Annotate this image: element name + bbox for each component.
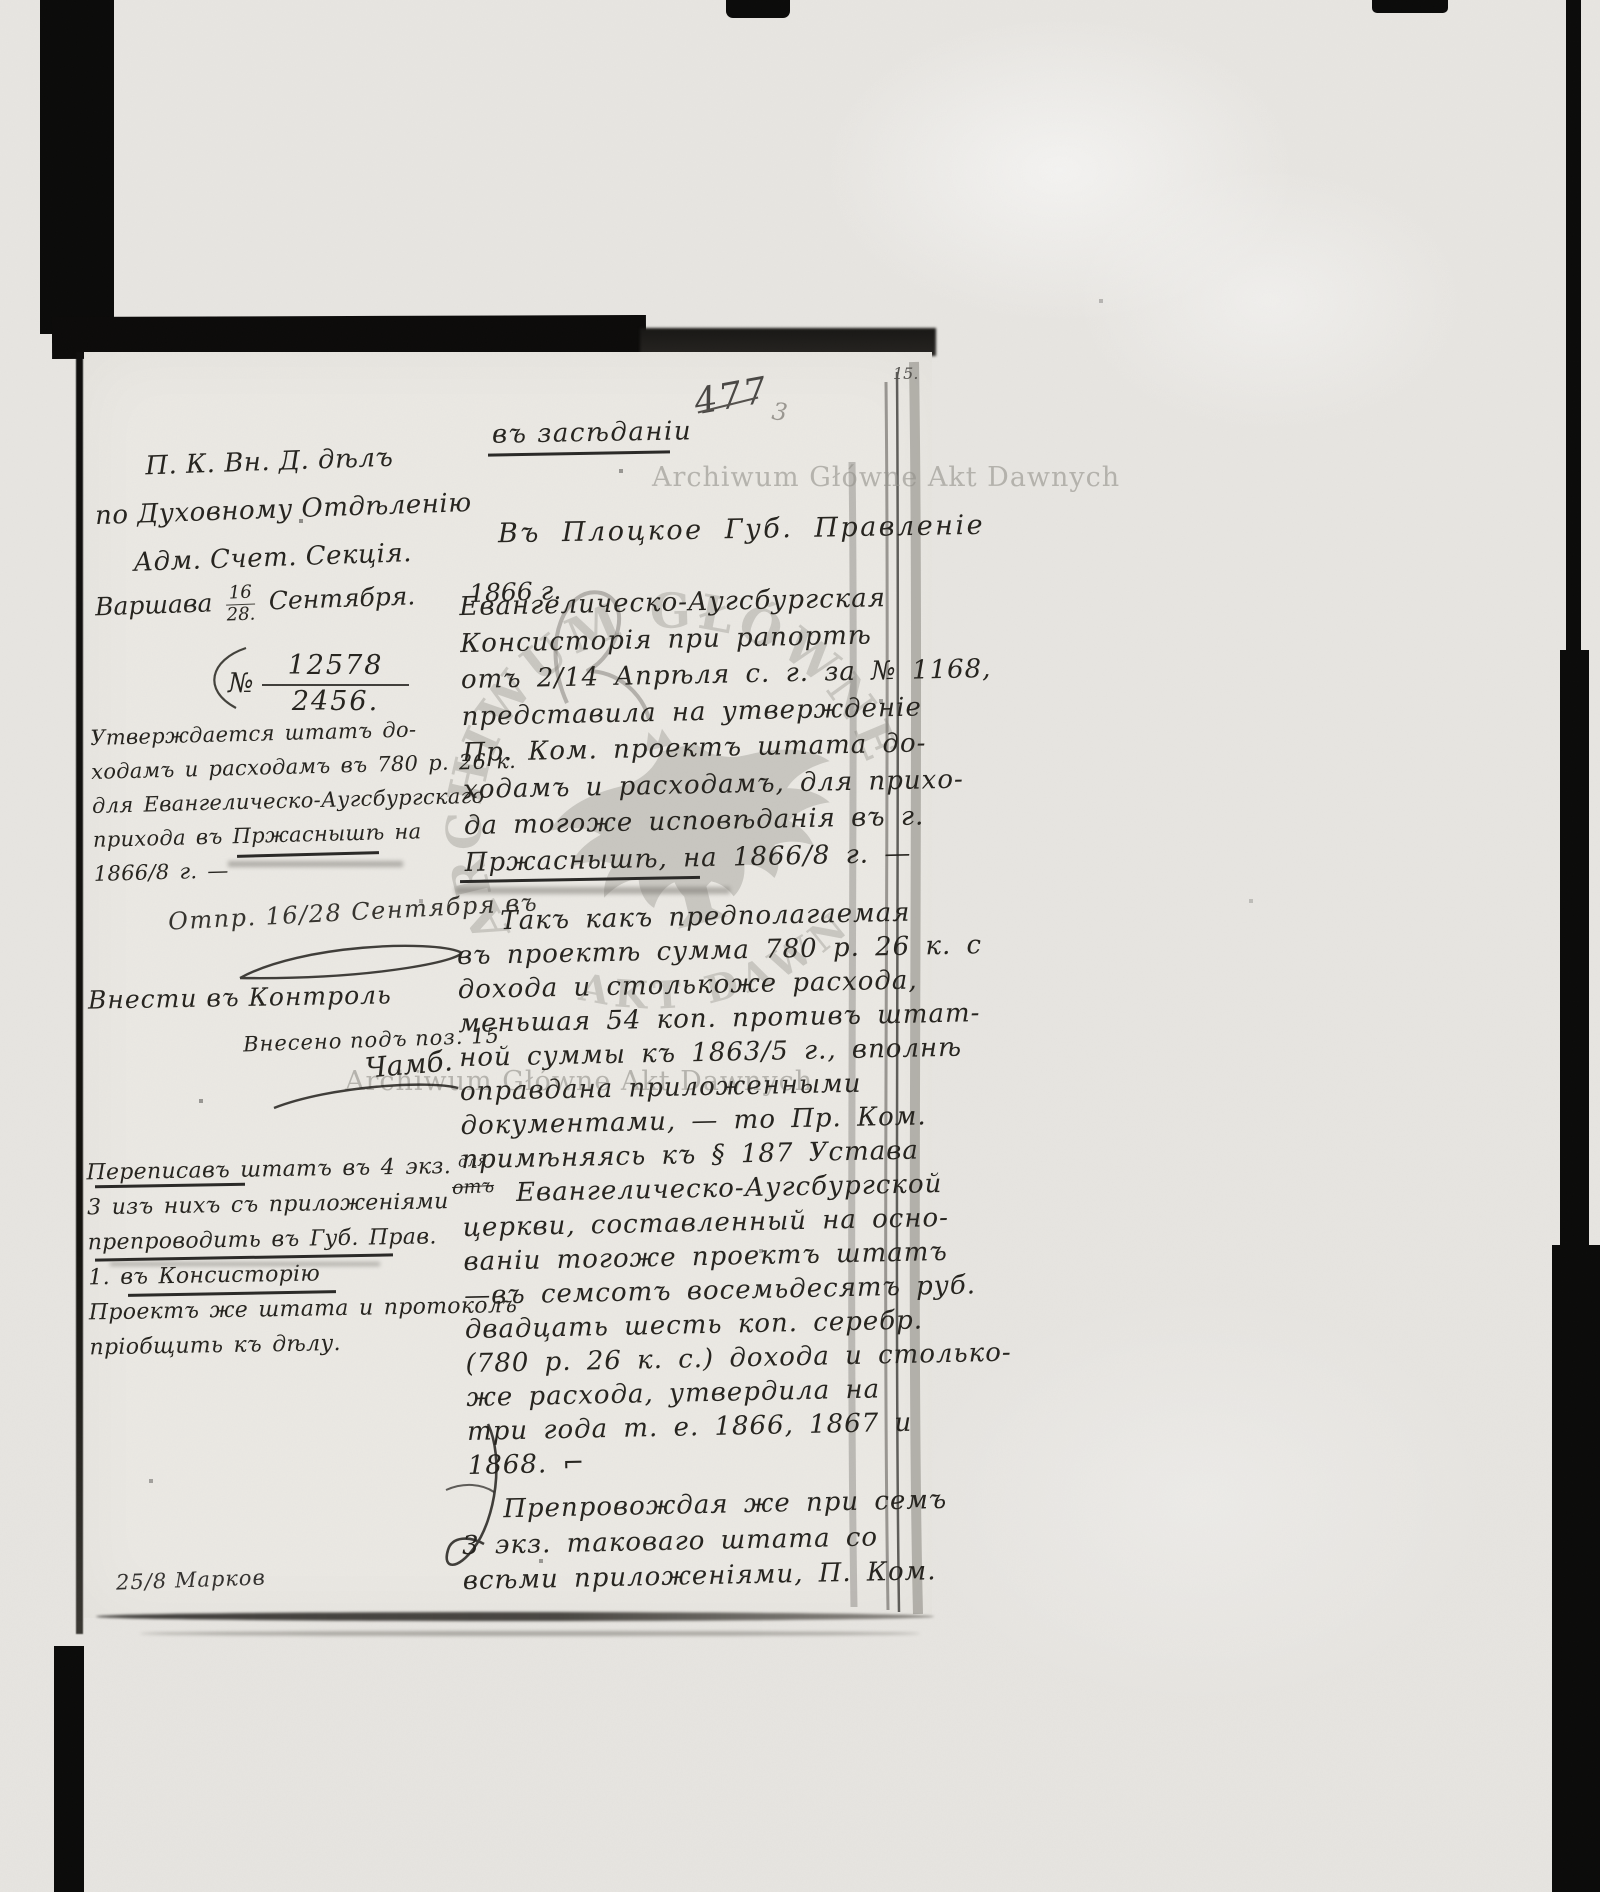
ink-specks — [0, 0, 2, 2]
instruction-line: препроводить въ Губ. Прав. — [87, 1219, 480, 1261]
number-sign: № — [228, 668, 254, 699]
underline-smudge-left — [228, 861, 403, 867]
film-edge-bar-right-middle — [1560, 650, 1589, 1250]
dateline-day-old: 28. — [226, 603, 255, 625]
film-edge-bar-right-upper — [1566, 0, 1581, 650]
dateline-day-fraction: 16 28. — [226, 583, 256, 626]
body-paragraph-3: Препровождая же при семъ3 экз. таковаго … — [461, 1483, 949, 1600]
session-heading: въ засѣданіи — [492, 416, 693, 449]
page-bottom-edge-shadow — [96, 1612, 934, 1621]
document-number: №125782456. — [228, 650, 409, 717]
microfilm-frame: ARCHIWUM GŁÓWNE AKT DAWNYCH Archiwum Głó… — [0, 0, 1600, 1892]
film-edge-bar-top-left — [40, 0, 114, 334]
sheet-number: 15. — [893, 364, 918, 383]
body-paragraph-1: Евангелическо-АугсбургскаяКонсисторія пр… — [459, 579, 951, 881]
dateline-day-new: 16 — [226, 583, 255, 606]
dateline-place: Варшава — [95, 588, 213, 621]
number-top: 12578 — [262, 650, 410, 686]
dateline-month: Сентября. — [268, 581, 415, 615]
film-notch-top-right — [1372, 0, 1448, 13]
inserted-correction-word: для — [458, 1151, 488, 1170]
underline-preprovodit-smudge — [110, 1262, 380, 1266]
body-paragraph-2: Такъ какъ предполагаемаявъ проектѣ сумма… — [456, 895, 954, 1483]
instruction-line: пріобщить къ дѣлу. — [89, 1324, 482, 1366]
struck-out-word: отъ — [451, 1175, 494, 1199]
office-header: П. К. Вн. Д. дѣлъпо Духовному ОтдѣленіюА… — [93, 432, 450, 588]
underline-smudge-right — [455, 887, 730, 894]
archive-watermark-top: Archiwum Główne Akt Dawnych — [652, 462, 1120, 493]
page-bottom-edge-shadow-2 — [140, 1631, 920, 1636]
page-left-edge-shadow — [76, 352, 83, 1634]
film-edge-bar-right-lower — [1552, 1245, 1600, 1892]
film-notch-top-left — [726, 0, 790, 18]
control-note: Внести въ Контроль — [88, 980, 392, 1014]
film-edge-bar-bottom-left — [54, 1646, 84, 1892]
